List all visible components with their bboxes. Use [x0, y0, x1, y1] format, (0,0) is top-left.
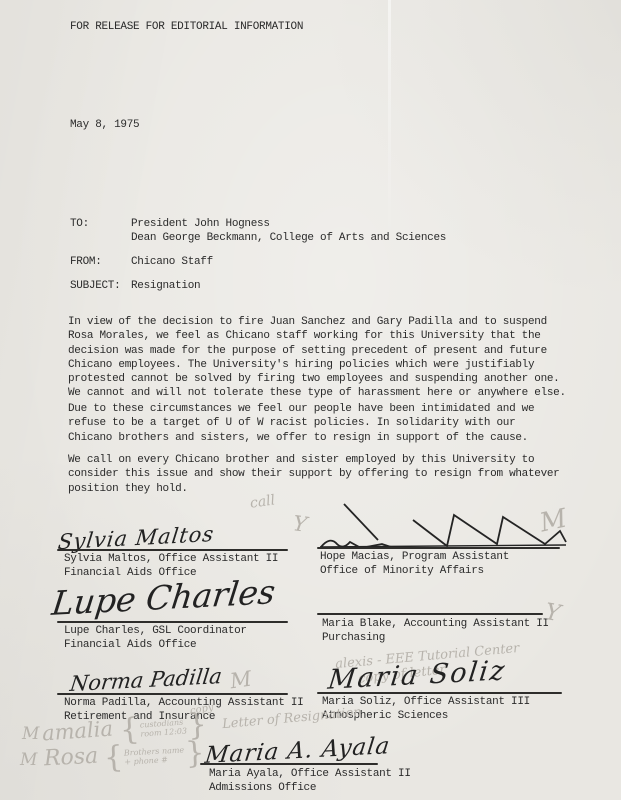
pencil-note-text: Brothers name + phone #	[124, 745, 185, 767]
pencil-m-3: M	[22, 724, 39, 744]
signature-line	[200, 763, 378, 765]
signature-script: Norma Padilla	[69, 664, 224, 696]
pencil-note-call: call	[249, 492, 276, 511]
signature-line	[57, 549, 288, 551]
subject-value: Resignation	[131, 279, 200, 293]
date-line: May 8, 1975	[70, 118, 139, 132]
signer-name-title: Lupe Charles, GSL Coordinator	[64, 624, 247, 638]
brace-open: {	[103, 743, 124, 774]
body-paragraph-2: Due to these circumstances we feel our p…	[68, 402, 578, 445]
pencil-m-4: M	[20, 750, 37, 770]
from-value: Chicano Staff	[131, 255, 213, 269]
signer-name-title: Sylvia Maltos, Office Assistant II	[64, 552, 278, 566]
signer-name-title: Maria Ayala, Office Assistant II	[209, 767, 411, 781]
signature-line	[57, 621, 288, 623]
signer-department: Purchasing	[322, 631, 385, 645]
to-label: TO:	[70, 217, 89, 231]
to-value: President John Hogness Dean George Beckm…	[131, 217, 446, 246]
signature-line	[317, 613, 543, 615]
pencil-check-2: Y	[543, 599, 562, 627]
signer-name-title: Maria Blake, Accounting Assistant II	[322, 617, 549, 631]
scan-artifact	[388, 0, 391, 240]
release-line: FOR RELEASE FOR EDITORIAL INFORMATION	[70, 20, 303, 34]
pencil-note-rosa: Rosa	[43, 744, 98, 772]
signature-line	[317, 547, 560, 549]
signature-line	[57, 693, 288, 695]
pencil-m-2: M	[228, 667, 253, 694]
signer-department: Office of Minority Affairs	[320, 564, 484, 578]
pencil-note-text: custodians room 12:03	[139, 717, 187, 739]
signer-name-title: Norma Padilla, Accounting Assistant II	[64, 696, 303, 710]
signer-department: Admissions Office	[209, 781, 316, 795]
pencil-check-1: Y	[291, 511, 308, 537]
signer-department: Financial Aids Office	[64, 638, 196, 652]
body-paragraph-3: We call on every Chicano brother and sis…	[68, 453, 578, 496]
subject-label: SUBJECT:	[70, 279, 120, 293]
hope-macias-signature-scribble	[318, 500, 568, 552]
signature-line	[317, 692, 562, 694]
from-label: FROM:	[70, 255, 102, 269]
signer-name-title: Hope Macias, Program Assistant	[320, 550, 509, 564]
scanned-letter-page: FOR RELEASE FOR EDITORIAL INFORMATION Ma…	[0, 0, 621, 800]
body-paragraph-1: In view of the decision to fire Juan San…	[68, 315, 578, 401]
pencil-note-brothers-name: { Brothers name + phone # }	[103, 738, 205, 773]
